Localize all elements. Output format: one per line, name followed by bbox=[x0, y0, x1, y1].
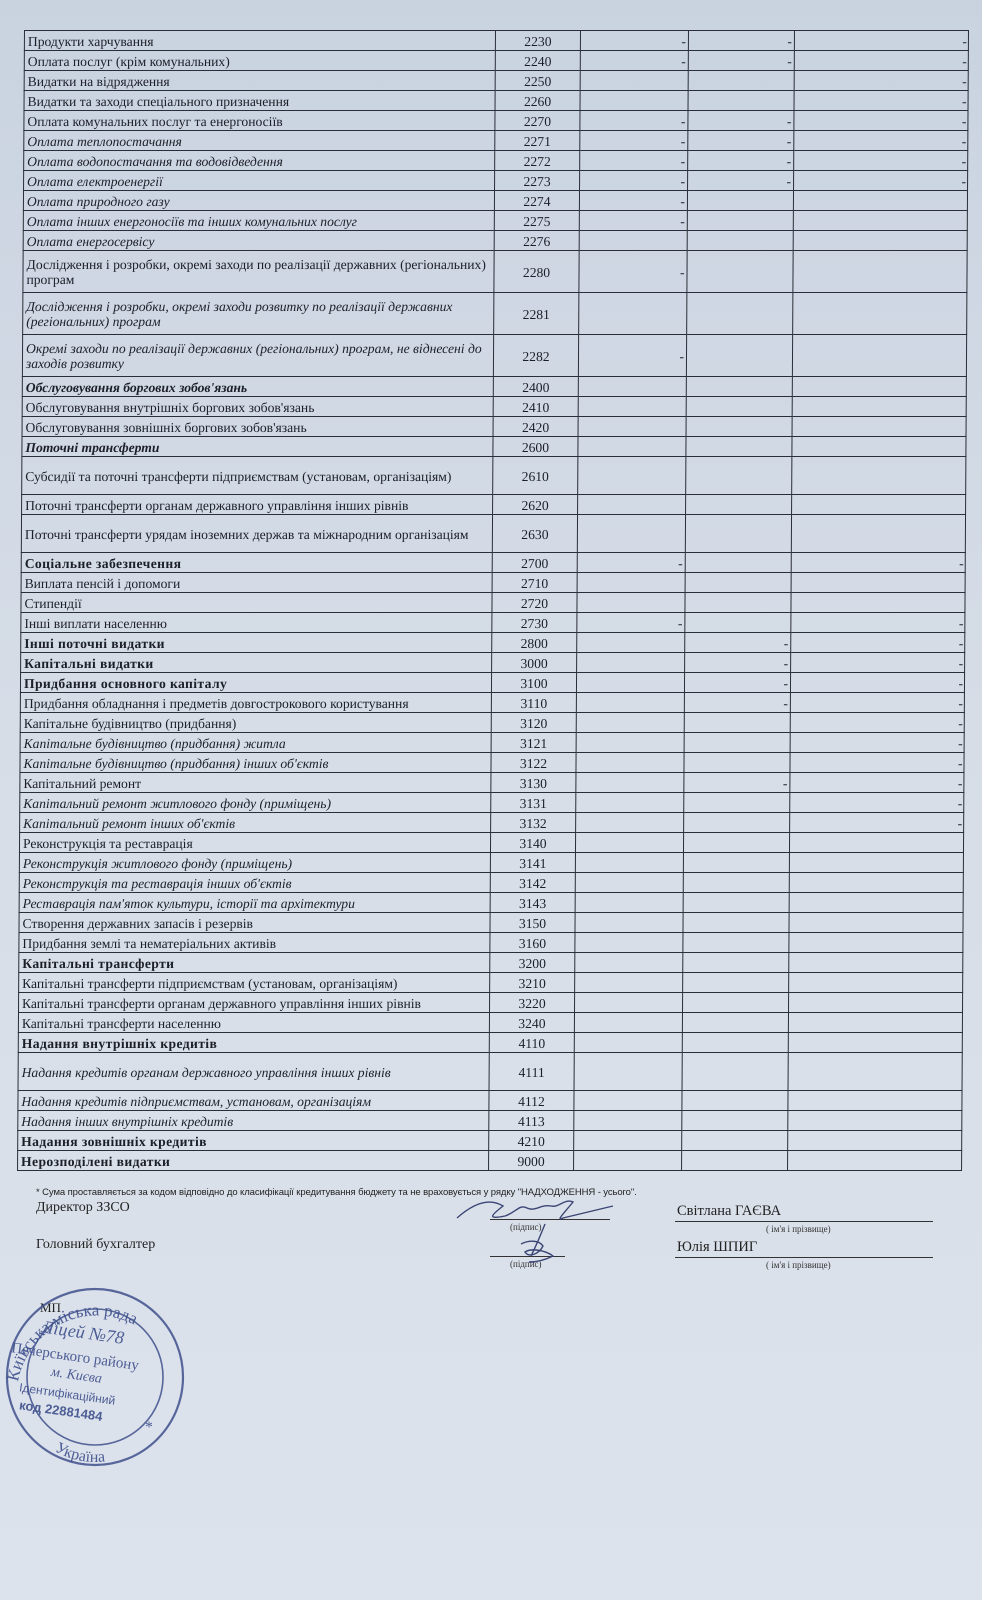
row-value-2 bbox=[682, 993, 788, 1013]
row-value-1 bbox=[575, 853, 683, 873]
accountant-name: Юлія ШПИГ bbox=[677, 1239, 757, 1256]
row-value-1 bbox=[575, 873, 683, 893]
row-name: Нерозподілені видатки bbox=[18, 1151, 489, 1171]
row-name: Капітальне будівництво (придбання) bbox=[20, 713, 491, 733]
accountant-name-line bbox=[675, 1257, 933, 1258]
row-value-3: - bbox=[794, 51, 968, 71]
row-code: 3240 bbox=[489, 1013, 574, 1033]
table-row: Оплата водопостачання та водовідведення2… bbox=[24, 151, 968, 171]
table-row: Нерозподілені видатки9000 bbox=[18, 1151, 962, 1171]
row-value-1: - bbox=[579, 191, 687, 211]
row-value-2: - bbox=[685, 633, 791, 653]
row-code: 3122 bbox=[491, 753, 576, 773]
table-row: Капітальне будівництво (придбання) інших… bbox=[20, 753, 964, 773]
row-name: Оплата інших енергоносіїв та інших комун… bbox=[23, 211, 494, 231]
row-code: 3210 bbox=[490, 973, 575, 993]
row-value-3 bbox=[788, 1033, 962, 1053]
row-value-3 bbox=[792, 397, 966, 417]
table-row: Поточні трансферти органам державного уп… bbox=[22, 495, 966, 515]
row-value-1: - bbox=[580, 111, 688, 131]
row-value-1: - bbox=[580, 31, 688, 51]
table-row: Видатки на відрядження2250- bbox=[24, 71, 968, 91]
row-value-2 bbox=[686, 417, 792, 437]
row-code: 2250 bbox=[495, 71, 580, 91]
row-value-3: - bbox=[790, 753, 964, 773]
row-code: 3160 bbox=[490, 933, 575, 953]
row-value-3 bbox=[788, 993, 962, 1013]
row-value-1 bbox=[574, 1111, 682, 1131]
row-value-3: - bbox=[790, 693, 964, 713]
row-value-3: - bbox=[794, 91, 968, 111]
row-value-2: - bbox=[684, 773, 790, 793]
row-code: 3100 bbox=[491, 673, 576, 693]
row-name: Поточні трансферти органам державного уп… bbox=[22, 495, 493, 515]
row-value-3 bbox=[793, 231, 967, 251]
row-value-2 bbox=[687, 191, 793, 211]
row-value-3: - bbox=[791, 553, 965, 573]
table-row: Оплата інших енергоносіїв та інших комун… bbox=[23, 211, 967, 231]
row-name: Капітальні трансферти органам державного… bbox=[18, 993, 489, 1013]
row-value-2 bbox=[686, 377, 792, 397]
table-row: Поточні трансферти2600 bbox=[22, 437, 966, 457]
row-value-1 bbox=[579, 231, 687, 251]
row-name: Капітальне будівництво (придбання) інших… bbox=[20, 753, 491, 773]
row-name: Дослідження і розробки, окремі заходи по… bbox=[23, 251, 494, 293]
row-value-2 bbox=[682, 1151, 788, 1171]
table-row: Капітальні трансферти3200 bbox=[19, 953, 963, 973]
row-code: 2282 bbox=[493, 335, 578, 377]
table-row: Капітальний ремонт3130-- bbox=[20, 773, 964, 793]
row-code: 4111 bbox=[489, 1053, 574, 1091]
row-value-1 bbox=[577, 573, 685, 593]
table-row: Обслуговування внутрішніх боргових зобов… bbox=[22, 397, 966, 417]
row-value-2 bbox=[683, 853, 789, 873]
row-value-1 bbox=[578, 397, 686, 417]
row-value-3: - bbox=[794, 131, 968, 151]
row-code: 2276 bbox=[494, 231, 579, 251]
row-value-1 bbox=[576, 813, 684, 833]
row-code: 4110 bbox=[489, 1033, 574, 1053]
row-value-2 bbox=[683, 913, 789, 933]
table-row: Стипендії2720 bbox=[21, 593, 965, 613]
row-name: Капітальні трансферти bbox=[19, 953, 490, 973]
row-value-1 bbox=[574, 1091, 682, 1111]
row-name: Надання зовнішніх кредитів bbox=[18, 1131, 489, 1151]
row-code: 2274 bbox=[494, 191, 579, 211]
row-code: 2271 bbox=[495, 131, 580, 151]
director-name-hint: ( ім'я і прізвище) bbox=[766, 1224, 831, 1234]
row-code: 2240 bbox=[495, 51, 580, 71]
row-value-1 bbox=[579, 293, 687, 335]
row-value-3 bbox=[789, 933, 963, 953]
row-name: Обслуговування внутрішніх боргових зобов… bbox=[22, 397, 493, 417]
row-value-2 bbox=[686, 335, 792, 377]
table-row: Капітальні трансферти підприємствам (уст… bbox=[19, 973, 963, 993]
row-value-1 bbox=[574, 1151, 682, 1171]
row-value-2 bbox=[685, 593, 791, 613]
row-value-1: - bbox=[579, 211, 687, 231]
row-value-1 bbox=[575, 833, 683, 853]
table-row: Поточні трансферти урядам іноземних держ… bbox=[21, 515, 965, 553]
row-code: 3141 bbox=[490, 853, 575, 873]
row-code: 2720 bbox=[492, 593, 577, 613]
document-page: Продукти харчування2230---Оплата послуг … bbox=[0, 0, 982, 1600]
row-value-1 bbox=[575, 893, 683, 913]
row-value-1 bbox=[575, 933, 683, 953]
row-value-2 bbox=[683, 833, 789, 853]
table-row: Оплата теплопостачання2271--- bbox=[24, 131, 968, 151]
row-value-1 bbox=[576, 693, 684, 713]
table-row: Оплата комунальних послуг та енергоносії… bbox=[24, 111, 968, 131]
row-name: Обслуговування боргових зобов'язань bbox=[22, 377, 493, 397]
row-code: 2273 bbox=[495, 171, 580, 191]
row-value-2: - bbox=[688, 51, 794, 71]
row-value-1 bbox=[574, 1053, 682, 1091]
row-value-3: - bbox=[794, 31, 968, 51]
row-value-2: - bbox=[684, 693, 790, 713]
table-row: Продукти харчування2230--- bbox=[24, 31, 968, 51]
row-code: 4112 bbox=[489, 1091, 574, 1111]
row-value-1 bbox=[580, 91, 688, 111]
row-value-3: - bbox=[794, 71, 968, 91]
row-code: 4113 bbox=[489, 1111, 574, 1131]
row-value-3: - bbox=[790, 713, 964, 733]
row-value-2 bbox=[683, 933, 789, 953]
row-name: Субсидії та поточні трансферти підприємс… bbox=[22, 457, 493, 495]
director-name: Світлана ГАЄВА bbox=[677, 1203, 781, 1220]
row-value-1: - bbox=[580, 51, 688, 71]
row-value-1 bbox=[578, 495, 686, 515]
row-code: 2272 bbox=[495, 151, 580, 171]
row-name: Реконструкція житлового фонду (приміщень… bbox=[19, 853, 490, 873]
table-row: Капітальне будівництво (придбання) житла… bbox=[20, 733, 964, 753]
row-value-2 bbox=[686, 397, 792, 417]
row-code: 3121 bbox=[491, 733, 576, 753]
row-value-1 bbox=[577, 653, 685, 673]
row-name: Придбання землі та нематеріальних активі… bbox=[19, 933, 490, 953]
row-code: 3130 bbox=[491, 773, 576, 793]
row-value-3: - bbox=[794, 151, 968, 171]
row-value-3 bbox=[792, 417, 966, 437]
table-row: Дослідження і розробки, окремі заходи по… bbox=[23, 251, 967, 293]
row-name: Надання інших внутрішніх кредитів bbox=[18, 1111, 489, 1131]
row-name: Видатки на відрядження bbox=[24, 71, 495, 91]
row-value-3 bbox=[788, 1053, 962, 1091]
row-value-2 bbox=[684, 753, 790, 773]
row-value-2 bbox=[687, 293, 793, 335]
row-value-1 bbox=[575, 973, 683, 993]
row-value-3 bbox=[789, 833, 963, 853]
row-name: Поточні трансферти урядам іноземних держ… bbox=[21, 515, 492, 553]
table-row: Надання інших внутрішніх кредитів4113 bbox=[18, 1111, 962, 1131]
row-name: Інші поточні видатки bbox=[21, 633, 492, 653]
row-value-2 bbox=[685, 613, 791, 633]
row-name: Інші виплати населенню bbox=[21, 613, 492, 633]
row-name: Оплата комунальних послуг та енергоносії… bbox=[24, 111, 495, 131]
row-code: 3220 bbox=[489, 993, 574, 1013]
row-value-1 bbox=[576, 733, 684, 753]
row-name: Створення державних запасів і резервів bbox=[19, 913, 490, 933]
row-name: Капітальне будівництво (придбання) житла bbox=[20, 733, 491, 753]
row-name: Надання кредитів підприємствам, установа… bbox=[18, 1091, 489, 1111]
row-code: 3150 bbox=[490, 913, 575, 933]
row-name: Оплата природного газу bbox=[23, 191, 494, 211]
row-code: 3120 bbox=[491, 713, 576, 733]
row-name: Соціальне забезпечення bbox=[21, 553, 492, 573]
row-value-2: - bbox=[688, 131, 794, 151]
row-value-1: - bbox=[577, 553, 685, 573]
row-code: 3132 bbox=[491, 813, 576, 833]
row-value-3 bbox=[789, 973, 963, 993]
table-row: Оплата електроенергії2273--- bbox=[24, 171, 968, 191]
row-value-1: - bbox=[577, 613, 685, 633]
row-code: 2620 bbox=[493, 495, 578, 515]
row-value-3: - bbox=[790, 793, 964, 813]
table-row: Придбання обладнання і предметів довгост… bbox=[20, 693, 964, 713]
row-value-2 bbox=[687, 231, 793, 251]
row-value-3 bbox=[793, 293, 967, 335]
row-value-3: - bbox=[794, 171, 968, 191]
table-row: Капітальне будівництво (придбання)3120- bbox=[20, 713, 964, 733]
table-row: Надання внутрішніх кредитів4110 bbox=[18, 1033, 962, 1053]
row-value-1 bbox=[575, 913, 683, 933]
row-value-2 bbox=[685, 553, 791, 573]
row-name: Надання внутрішніх кредитів bbox=[18, 1033, 489, 1053]
row-value-2 bbox=[684, 793, 790, 813]
row-value-2 bbox=[682, 1131, 788, 1151]
table-row: Інші виплати населенню2730-- bbox=[21, 613, 965, 633]
row-value-1 bbox=[578, 457, 686, 495]
table-row: Субсидії та поточні трансферти підприємс… bbox=[22, 457, 966, 495]
row-value-2 bbox=[682, 1053, 788, 1091]
table-row: Оплата природного газу2274- bbox=[23, 191, 967, 211]
table-row: Обслуговування боргових зобов'язань2400 bbox=[22, 377, 966, 397]
row-value-2 bbox=[686, 437, 792, 457]
row-value-1 bbox=[580, 71, 688, 91]
row-name: Окремі заходи по реалізації державних (р… bbox=[22, 335, 493, 377]
row-value-3 bbox=[788, 1091, 962, 1111]
row-value-1 bbox=[574, 1033, 682, 1053]
row-name: Виплата пенсій і допомоги bbox=[21, 573, 492, 593]
row-value-2 bbox=[686, 495, 792, 515]
row-name: Придбання обладнання і предметів довгост… bbox=[20, 693, 491, 713]
row-value-3: - bbox=[791, 653, 965, 673]
row-name: Капітальний ремонт житлового фонду (прим… bbox=[20, 793, 491, 813]
row-code: 4210 bbox=[489, 1131, 574, 1151]
row-value-1 bbox=[576, 713, 684, 733]
table-row: Надання кредитів підприємствам, установа… bbox=[18, 1091, 962, 1111]
row-value-1 bbox=[577, 593, 685, 613]
row-value-2 bbox=[683, 973, 789, 993]
row-value-1: - bbox=[578, 335, 686, 377]
row-value-3: - bbox=[791, 613, 965, 633]
row-value-1 bbox=[574, 993, 682, 1013]
row-code: 2260 bbox=[495, 91, 580, 111]
table-row: Надання зовнішніх кредитів4210 bbox=[18, 1131, 962, 1151]
row-code: 2281 bbox=[494, 293, 579, 335]
row-code: 2270 bbox=[495, 111, 580, 131]
row-name: Продукти харчування bbox=[24, 31, 495, 51]
row-value-2 bbox=[684, 813, 790, 833]
row-value-2 bbox=[683, 893, 789, 913]
row-value-1: - bbox=[580, 151, 688, 171]
row-code: 2710 bbox=[492, 573, 577, 593]
row-name: Оплата водопостачання та водовідведення bbox=[24, 151, 495, 171]
row-value-2 bbox=[682, 1033, 788, 1053]
row-name: Реконструкція та реставрація інших об'єк… bbox=[19, 873, 490, 893]
table-row: Капітальні видатки3000-- bbox=[21, 653, 965, 673]
director-label: Директор ЗЗСО bbox=[36, 1200, 130, 1216]
row-value-1 bbox=[575, 953, 683, 973]
row-value-2: - bbox=[688, 111, 794, 131]
table-row: Реконструкція житлового фонду (приміщень… bbox=[19, 853, 963, 873]
row-value-3 bbox=[792, 437, 966, 457]
row-name: Придбання основного капіталу bbox=[20, 673, 491, 693]
row-value-2: - bbox=[688, 151, 794, 171]
row-name: Капітальні трансферти населенню bbox=[18, 1013, 489, 1033]
row-value-3 bbox=[792, 457, 966, 495]
row-value-1 bbox=[576, 753, 684, 773]
row-code: 3000 bbox=[492, 653, 577, 673]
row-value-3 bbox=[792, 377, 966, 397]
row-value-2 bbox=[682, 1111, 788, 1131]
row-value-1: - bbox=[580, 131, 688, 151]
row-value-2: - bbox=[688, 171, 794, 191]
row-value-1 bbox=[578, 377, 686, 397]
row-value-1: - bbox=[580, 171, 688, 191]
row-name: Капітальний ремонт bbox=[20, 773, 491, 793]
row-code: 2400 bbox=[493, 377, 578, 397]
row-value-2: - bbox=[685, 653, 791, 673]
row-value-3 bbox=[792, 495, 966, 515]
row-name: Реставрація пам'яток культури, історії т… bbox=[19, 893, 490, 913]
row-code: 2800 bbox=[492, 633, 577, 653]
row-name: Поточні трансферти bbox=[22, 437, 493, 457]
table-row: Надання кредитів органам державного упра… bbox=[18, 1053, 962, 1091]
row-name: Стипендії bbox=[21, 593, 492, 613]
table-row: Капітальний ремонт інших об'єктів3132- bbox=[20, 813, 964, 833]
row-value-2: - bbox=[684, 673, 790, 693]
official-stamp: Київська міська рада Україна Ліцей №78 П… bbox=[0, 1272, 190, 1472]
table-row: Обслуговування зовнішніх боргових зобов'… bbox=[22, 417, 966, 437]
stamp-line3: м. Києва bbox=[49, 1365, 103, 1387]
table-row: Оплата послуг (крім комунальних)2240--- bbox=[24, 51, 968, 71]
row-name: Обслуговування зовнішніх боргових зобов'… bbox=[22, 417, 493, 437]
row-value-3: - bbox=[791, 633, 965, 653]
row-code: 2630 bbox=[492, 515, 577, 553]
row-code: 2700 bbox=[492, 553, 577, 573]
table-row: Реставрація пам'яток культури, історії т… bbox=[19, 893, 963, 913]
row-value-2 bbox=[686, 457, 792, 495]
row-value-3: - bbox=[790, 813, 964, 833]
row-code: 3142 bbox=[490, 873, 575, 893]
row-code: 2410 bbox=[493, 397, 578, 417]
row-value-2 bbox=[688, 91, 794, 111]
row-name: Надання кредитів органам державного упра… bbox=[18, 1053, 489, 1091]
row-code: 3110 bbox=[491, 693, 576, 713]
row-value-1 bbox=[576, 793, 684, 813]
table-row: Капітальний ремонт житлового фонду (прим… bbox=[20, 793, 964, 813]
row-code: 3143 bbox=[490, 893, 575, 913]
row-value-1 bbox=[574, 1131, 682, 1151]
row-value-3 bbox=[791, 515, 965, 553]
row-code: 2610 bbox=[493, 457, 578, 495]
table-row: Капітальні трансферти органам державного… bbox=[18, 993, 962, 1013]
row-name: Капітальні трансферти підприємствам (уст… bbox=[19, 973, 490, 993]
row-name: Дослідження і розробки, окремі заходи ро… bbox=[23, 293, 494, 335]
row-name: Оплата електроенергії bbox=[24, 171, 495, 191]
row-name: Реконструкція та реставрація bbox=[19, 833, 490, 853]
row-code: 2280 bbox=[494, 251, 579, 293]
row-code: 2730 bbox=[492, 613, 577, 633]
row-value-1 bbox=[576, 673, 684, 693]
table-row: Видатки та заходи спеціального призначен… bbox=[24, 91, 968, 111]
table-row: Виплата пенсій і допомоги2710 bbox=[21, 573, 965, 593]
row-value-2 bbox=[687, 251, 793, 293]
row-code: 3140 bbox=[490, 833, 575, 853]
row-code: 2230 bbox=[495, 31, 580, 51]
row-name: Оплата енергосервісу bbox=[23, 231, 494, 251]
table-row: Реконструкція та реставрація інших об'єк… bbox=[19, 873, 963, 893]
row-value-1 bbox=[578, 437, 686, 457]
row-name: Оплата теплопостачання bbox=[24, 131, 495, 151]
row-value-3 bbox=[791, 593, 965, 613]
row-value-2 bbox=[682, 1091, 788, 1111]
row-name: Видатки та заходи спеціального призначен… bbox=[24, 91, 495, 111]
row-value-3: - bbox=[790, 773, 964, 793]
row-value-2 bbox=[684, 733, 790, 753]
row-name: Оплата послуг (крім комунальних) bbox=[24, 51, 495, 71]
row-value-2 bbox=[684, 713, 790, 733]
table-row: Капітальні трансферти населенню3240 bbox=[18, 1013, 962, 1033]
table-row: Придбання землі та нематеріальних активі… bbox=[19, 933, 963, 953]
table-row: Придбання основного капіталу3100-- bbox=[20, 673, 964, 693]
row-value-3 bbox=[788, 1013, 962, 1033]
table-row: Дослідження і розробки, окремі заходи ро… bbox=[23, 293, 967, 335]
row-value-3 bbox=[792, 335, 966, 377]
table-row: Інші поточні видатки2800-- bbox=[21, 633, 965, 653]
table-row: Реконструкція та реставрація3140 bbox=[19, 833, 963, 853]
row-name: Капітальні видатки bbox=[21, 653, 492, 673]
table-row: Створення державних запасів і резервів31… bbox=[19, 913, 963, 933]
row-value-2 bbox=[685, 515, 791, 553]
row-value-3 bbox=[791, 573, 965, 593]
director-name-line bbox=[675, 1221, 933, 1222]
row-value-1 bbox=[577, 633, 685, 653]
stamp-line1: Ліцей №78 bbox=[39, 1316, 125, 1348]
row-value-3 bbox=[789, 853, 963, 873]
row-value-1: - bbox=[579, 251, 687, 293]
row-name: Капітальний ремонт інших об'єктів bbox=[20, 813, 491, 833]
row-value-3 bbox=[789, 893, 963, 913]
row-code: 2420 bbox=[493, 417, 578, 437]
row-code: 2600 bbox=[493, 437, 578, 457]
accountant-name-hint: ( ім'я і прізвище) bbox=[766, 1260, 831, 1270]
accountant-signature bbox=[515, 1222, 565, 1266]
row-value-3 bbox=[788, 1111, 962, 1131]
row-value-3 bbox=[793, 211, 967, 231]
stamp-star: * bbox=[145, 1419, 153, 1436]
row-value-3 bbox=[789, 953, 963, 973]
row-value-3: - bbox=[794, 111, 968, 131]
accountant-label: Головний бухгалтер bbox=[36, 1237, 155, 1253]
row-code: 3131 bbox=[491, 793, 576, 813]
row-value-3 bbox=[793, 251, 967, 293]
row-value-1 bbox=[574, 1013, 682, 1033]
row-value-2: - bbox=[688, 31, 794, 51]
row-value-3 bbox=[788, 1151, 962, 1171]
row-value-2 bbox=[685, 573, 791, 593]
